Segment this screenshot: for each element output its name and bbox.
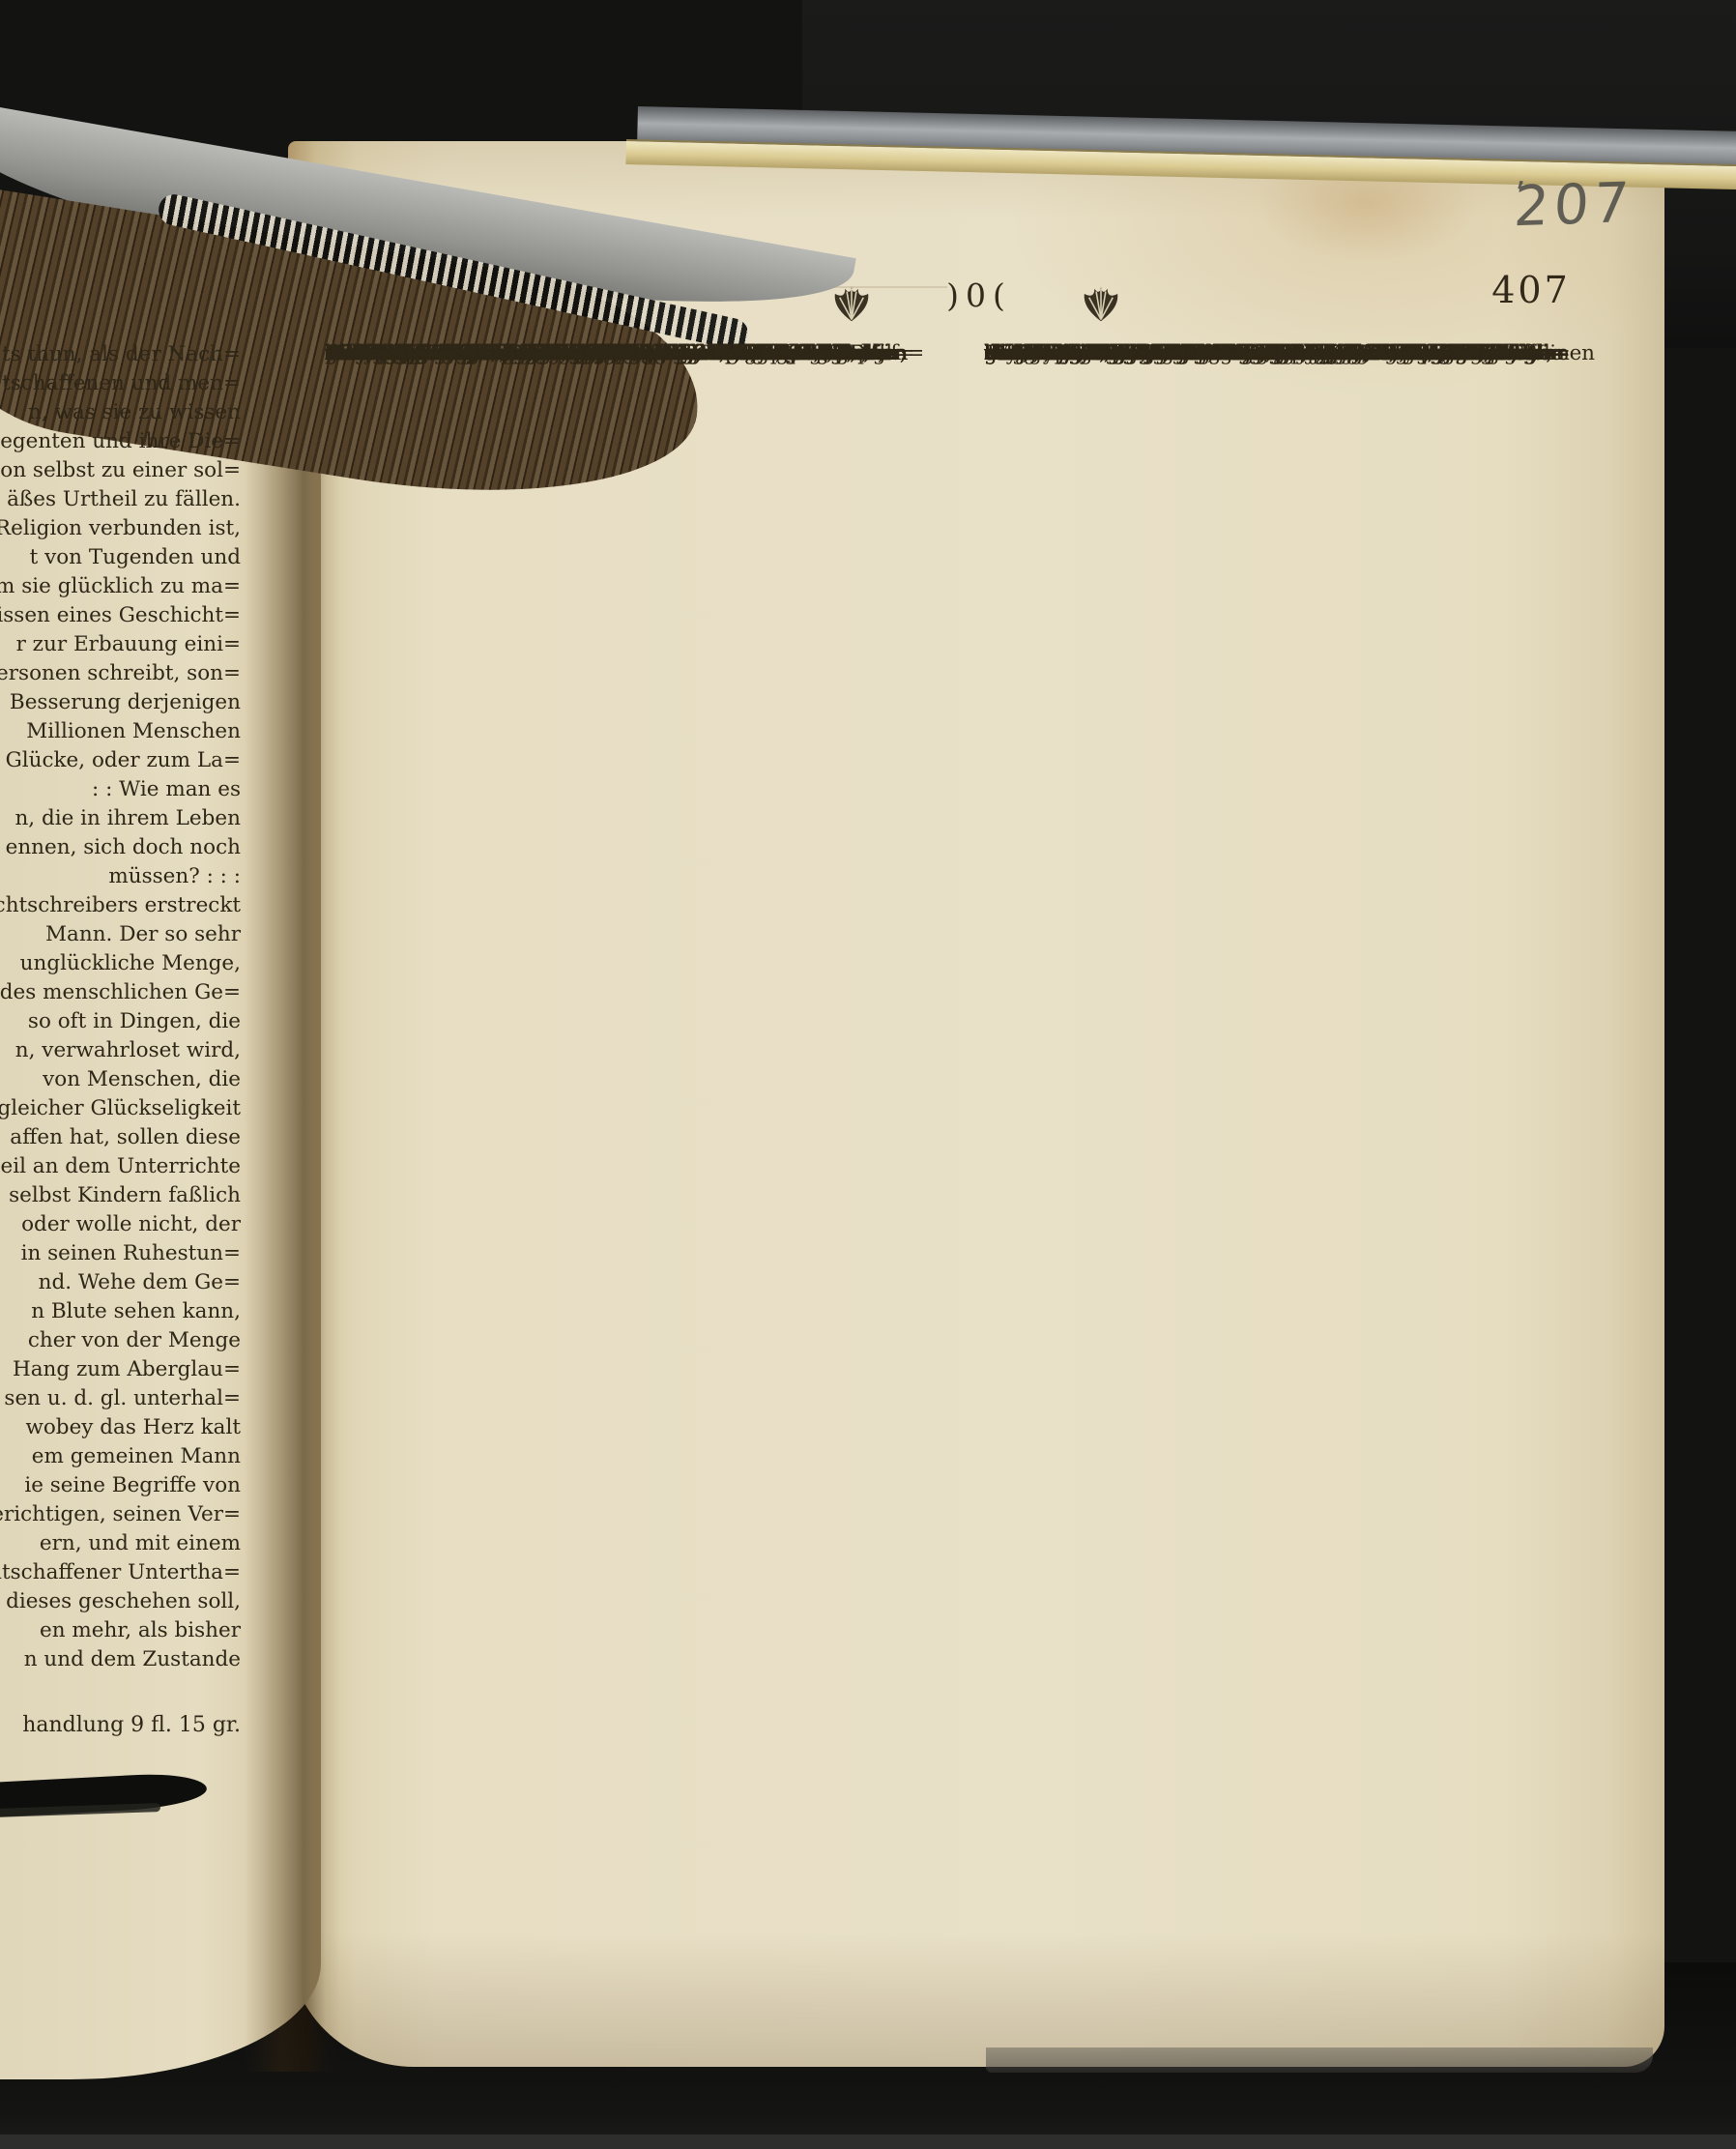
text-line: n und dem Zustande bbox=[24, 1645, 241, 1674]
signature-mark: )0( bbox=[916, 276, 1042, 314]
book-scan-photo: )0( 407 ’207 ts thun, als der Nach=tscha… bbox=[0, 0, 1736, 2149]
text-line: em gemeinen Mann bbox=[32, 1442, 241, 1471]
text-line: ie seine Begriffe von bbox=[24, 1471, 241, 1500]
text-line: von Menschen, die bbox=[43, 1065, 241, 1094]
text-line: ts thun, als der Nach= bbox=[2, 340, 241, 369]
text-line: Religion verbunden ist, bbox=[0, 514, 241, 543]
text-line: um sie glücklich zu ma= bbox=[0, 572, 241, 601]
text-line: gleicher Glückseligkeit bbox=[0, 1094, 241, 1123]
text-line: in seinen Ruhestun= bbox=[21, 1239, 241, 1268]
text-line: unglückliche Menge, bbox=[20, 949, 241, 978]
text-line: Millionen Menschen bbox=[26, 717, 241, 746]
shell-ornament-icon bbox=[829, 282, 874, 323]
text-line: müssen? : : : bbox=[108, 862, 241, 891]
text-line: Hang zum Aberglau= bbox=[13, 1355, 241, 1384]
printed-page-number: 407 bbox=[1473, 269, 1589, 311]
text-line: r zur Erbauung eini= bbox=[16, 630, 241, 659]
text-line: wissen eines Geschicht= bbox=[0, 601, 241, 630]
text-line: n, was sie zu wissen bbox=[28, 398, 241, 427]
news-column-right: auszuspeyen gänzlich aufgehört. Am 25ste… bbox=[984, 340, 1606, 1877]
text-line: chichtschreibers erstreckt bbox=[0, 891, 241, 920]
text-line: : : Wie man es bbox=[92, 775, 241, 804]
text-line: sen u. d. gl. unterhal= bbox=[4, 1384, 241, 1413]
text-line: wobey das Herz kalt bbox=[25, 1413, 241, 1442]
text-line: cher von der Menge bbox=[28, 1326, 241, 1355]
left-page-text-column: ts thun, als der Nach=tschaffenen und me… bbox=[0, 340, 246, 1761]
text-line: andern bbox=[984, 340, 1071, 368]
text-line: äßes Urtheil zu fällen. bbox=[7, 485, 241, 514]
text-line: affen hat, sollen diese bbox=[10, 1123, 241, 1152]
text-line: n, die in ihrem Leben bbox=[14, 804, 241, 833]
text-line: oder wolle nicht, der bbox=[21, 1210, 241, 1239]
text-line: personen schreibt, son= bbox=[0, 659, 241, 688]
text-line: eil an dem Unterrichte bbox=[0, 1152, 241, 1181]
text-line: n, verwahrloset wird, bbox=[15, 1036, 241, 1065]
text-line: htschaffener Untertha= bbox=[0, 1558, 241, 1587]
text-line: n Blute sehen kann, bbox=[31, 1297, 241, 1326]
text-line: ennen, sich doch noch bbox=[6, 833, 241, 862]
text-line: nd. Wehe dem Ge= bbox=[39, 1268, 241, 1297]
table-edge bbox=[0, 2134, 1736, 2149]
text-line: selbst Kindern faßlich bbox=[9, 1181, 241, 1210]
text-line: Mann. Der so sehr bbox=[45, 920, 241, 949]
text-line: en mehr, als bisher bbox=[40, 1616, 241, 1645]
text-line: tschaffenen und men= bbox=[2, 369, 241, 398]
text-line: t von Tugenden und bbox=[30, 543, 241, 572]
news-column-left: Berlin, vom 8 December.Die Königl. Akade… bbox=[325, 340, 963, 1848]
text-line: so oft in Dingen, die bbox=[28, 1007, 241, 1036]
text-line: ern, und mit einem bbox=[40, 1529, 241, 1558]
text-line: Besserung derjenigen bbox=[10, 688, 241, 717]
text-line: Glücke, oder zum La= bbox=[6, 746, 241, 775]
text-line: Seit dem 26sten October hat der Vesuvius… bbox=[325, 340, 874, 368]
text-line: egenten und ihre Die= bbox=[0, 427, 241, 456]
text-line: dieses geschehen soll, bbox=[6, 1587, 241, 1616]
text-line: on selbst zu einer sol= bbox=[0, 456, 241, 485]
text-line: erichtigen, seinen Ver= bbox=[0, 1500, 241, 1529]
text-line: des menschlichen Ge= bbox=[0, 978, 241, 1007]
shell-ornament-icon bbox=[1079, 282, 1123, 323]
page-under-edge bbox=[986, 2047, 1653, 2073]
folio-number: 207 bbox=[1513, 171, 1635, 239]
